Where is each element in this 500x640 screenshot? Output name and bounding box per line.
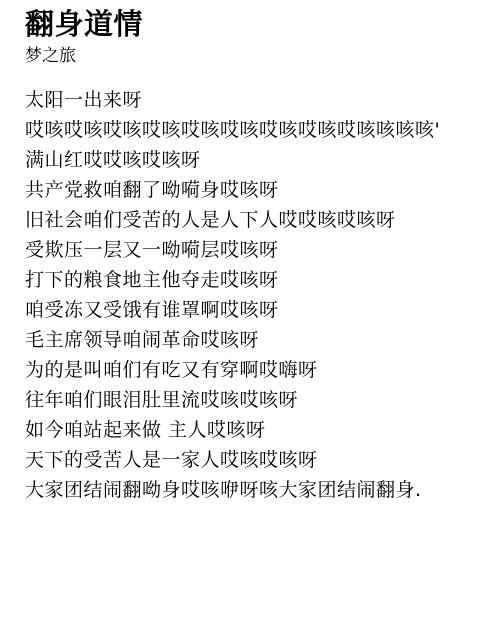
lyric-line: 咱受冻又受饿有谁罩啊哎咳呀 [25,295,480,325]
lyric-line: 大家团结闹翻呦身哎咳咿呀咳大家团结闹翻身. [25,475,480,505]
lyric-line: 毛主席领导咱闹革命哎咳呀 [25,325,480,355]
lyric-line: 受欺压一层又一呦嗬层哎咳呀 [25,235,480,265]
song-artist: 梦之旅 [25,44,480,68]
lyric-line: 如今咱站起来做 主人哎咳呀 [25,415,480,445]
lyrics-body: 太阳一出来呀哎咳哎咳哎咳哎咳哎咳哎咳哎咳哎咳哎咳咳咳咳'满山红哎哎咳哎咳呀共产党… [25,85,480,505]
lyric-line: 为的是叫咱们有吃又有穿啊哎嗨呀 [25,355,480,385]
lyric-line: 往年咱们眼泪肚里流哎咳哎咳呀 [25,385,480,415]
song-title: 翻身道情 [25,6,480,42]
lyric-line: 哎咳哎咳哎咳哎咳哎咳哎咳哎咳哎咳哎咳咳咳咳' [25,115,480,145]
lyric-line: 天下的受苦人是一家人哎咳哎咳呀 [25,445,480,475]
lyric-line: 太阳一出来呀 [25,85,480,115]
lyric-line: 共产党救咱翻了呦嗬身哎咳呀 [25,175,480,205]
lyric-line: 旧社会咱们受苦的人是人下人哎哎咳哎咳呀 [25,205,480,235]
lyric-line: 打下的粮食地主他夺走哎咳呀 [25,265,480,295]
lyrics-page: 翻身道情 梦之旅 太阳一出来呀哎咳哎咳哎咳哎咳哎咳哎咳哎咳哎咳哎咳咳咳咳'满山红… [0,0,500,505]
lyric-line: 满山红哎哎咳哎咳呀 [25,145,480,175]
